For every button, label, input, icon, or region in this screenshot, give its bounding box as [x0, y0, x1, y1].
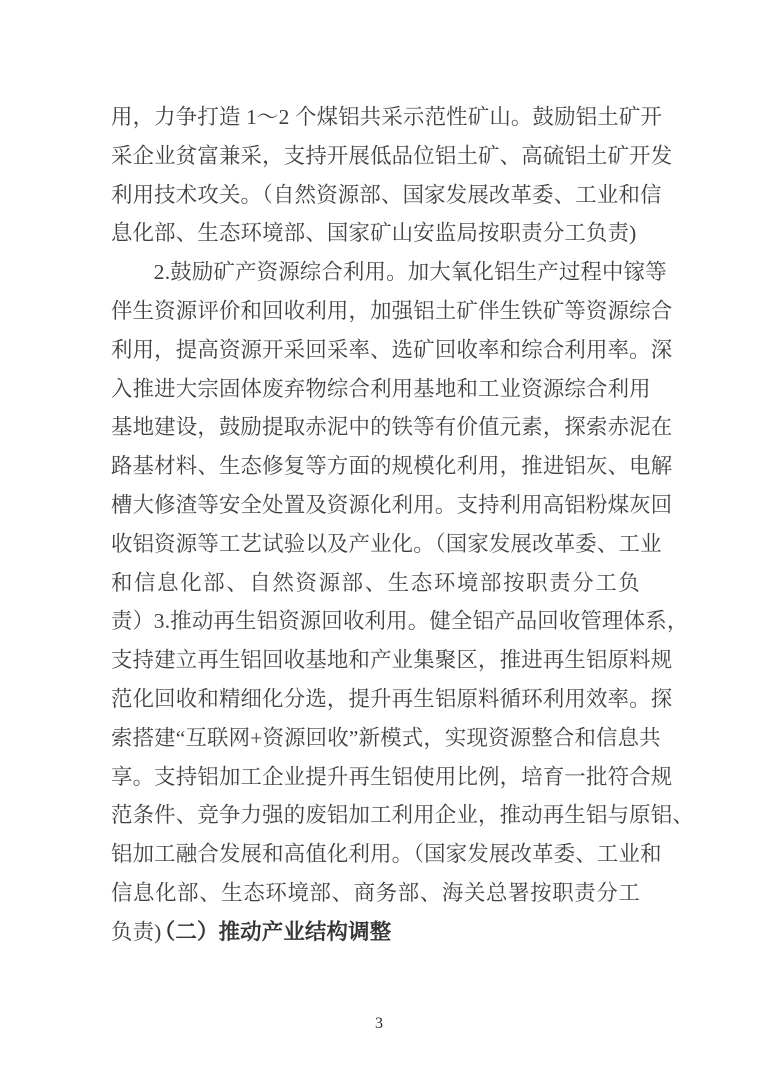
text-line: 利用技术攻关。（自然资源部、国家发展改革委、工业和信	[111, 176, 640, 215]
paragraph-continuation: 用，力争打造 1～2 个煤铝共采示范性矿山。鼓励铝土矿开采企业贫富兼采，支持开展…	[111, 98, 640, 253]
text-line: 基地建设，鼓励提取赤泥中的铁等有价值元素，探索赤泥在	[111, 408, 640, 447]
section-heading: （二）推动产业结构调整	[111, 913, 640, 952]
text-line: 索搭建“互联网+资源回收”新模式，实现资源整合和信息共	[111, 719, 640, 758]
text-line: 路基材料、生态修复等方面的规模化利用，推进铝灰、电解	[111, 447, 640, 486]
text-line: 铝加工融合发展和高值化利用。（国家发展改革委、工业和	[111, 835, 640, 874]
text-line: 用，力争打造 1～2 个煤铝共采示范性矿山。鼓励铝土矿开	[111, 98, 640, 137]
text-line: （二）推动产业结构调整	[111, 913, 640, 952]
text-line: 入推进大宗固体废弃物综合利用基地和工业资源综合利用	[111, 370, 640, 409]
text-line: 槽大修渣等安全处置及资源化利用。支持利用高铝粉煤灰回	[111, 486, 640, 525]
page-number: 3	[375, 1015, 383, 1032]
text-line: 信息化部、生态环境部、商务部、海关总署按职责分工负责)	[111, 874, 640, 913]
paragraph-item-3: 3.推动再生铝资源回收利用。健全铝产品回收管理体系，支持建立再生铝回收基地和产业…	[111, 602, 640, 912]
text-line: 2.鼓励矿产资源综合利用。加大氧化铝生产过程中镓等	[111, 253, 640, 292]
document-page: 用，力争打造 1～2 个煤铝共采示范性矿山。鼓励铝土矿开采企业贫富兼采，支持开展…	[0, 0, 758, 1078]
text-line: 范化回收和精细化分选，提升再生铝原料循环利用效率。探	[111, 680, 640, 719]
text-line: 采企业贫富兼采，支持开展低品位铝土矿、高硫铝土矿开发	[111, 137, 640, 176]
text-line: 和信息化部、自然资源部、生态环境部按职责分工负责）	[111, 564, 640, 603]
text-line: 享。支持铝加工企业提升再生铝使用比例，培育一批符合规	[111, 758, 640, 797]
page-footer: 3	[0, 1012, 758, 1036]
text-line: 利用，提高资源开采回采率、选矿回收率和综合利用率。深	[111, 331, 640, 370]
document-body: 用，力争打造 1～2 个煤铝共采示范性矿山。鼓励铝土矿开采企业贫富兼采，支持开展…	[111, 98, 640, 952]
paragraph-item-2: 2.鼓励矿产资源综合利用。加大氧化铝生产过程中镓等伴生资源评价和回收利用，加强铝…	[111, 253, 640, 602]
text-line: 息化部、生态环境部、国家矿山安监局按职责分工负责)	[111, 214, 640, 253]
text-line: 3.推动再生铝资源回收利用。健全铝产品回收管理体系，	[111, 602, 640, 641]
text-line: 支持建立再生铝回收基地和产业集聚区，推进再生铝原料规	[111, 641, 640, 680]
text-line: 范条件、竞争力强的废铝加工利用企业，推动再生铝与原铝、	[111, 796, 640, 835]
text-line: 收铝资源等工艺试验以及产业化。（国家发展改革委、工业	[111, 525, 640, 564]
text-line: 伴生资源评价和回收利用，加强铝土矿伴生铁矿等资源综合	[111, 292, 640, 331]
